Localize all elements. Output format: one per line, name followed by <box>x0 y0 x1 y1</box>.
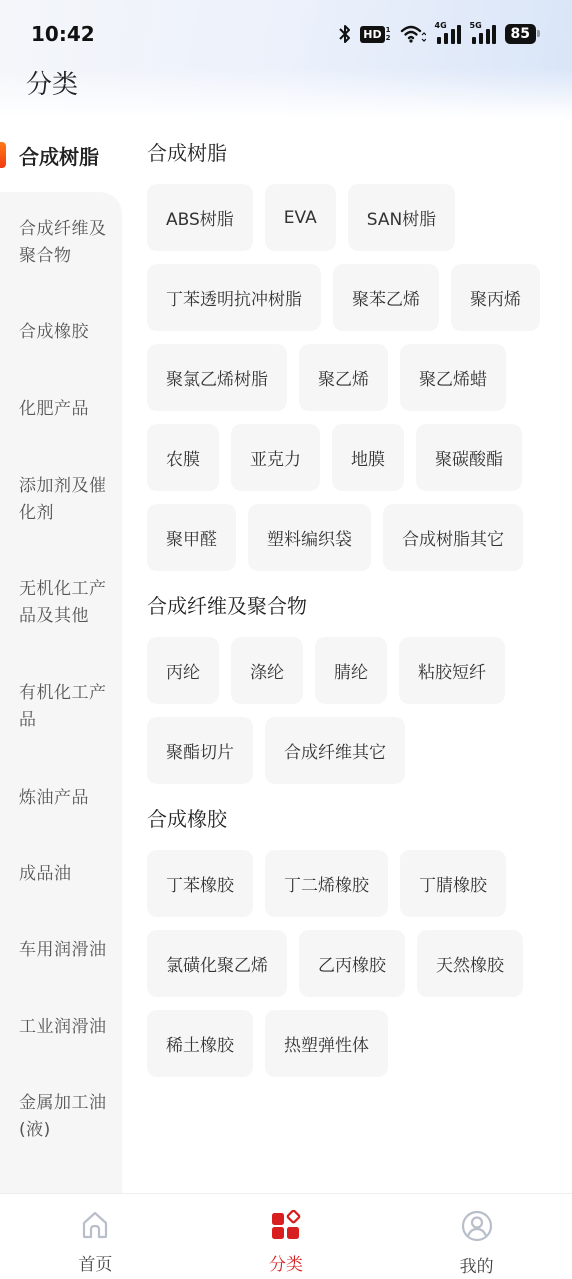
chip[interactable]: 丁二烯橡胶 <box>265 850 388 917</box>
chip-list: ABS树脂 EVA SAN树脂 丁苯透明抗冲树脂 聚苯乙烯 聚丙烯 聚氯乙烯树脂… <box>147 184 552 571</box>
section-title: 合成橡胶 <box>147 804 572 834</box>
sidebar-item-industrial-lubricant[interactable]: 工业润滑油 <box>19 1014 115 1041</box>
profile-icon <box>461 1210 493 1246</box>
tab-profile[interactable]: 我的 <box>381 1194 572 1279</box>
chip[interactable]: 合成纤维其它 <box>265 717 405 784</box>
header <box>0 0 572 118</box>
signal-4g-icon: 4G <box>435 24 461 44</box>
tab-label: 我的 <box>460 1252 494 1277</box>
sidebar-list: 合成纤维及聚合物 合成橡胶 化肥产品 添加剂及催化剂 无机化工产品及其他 有机化… <box>0 192 122 1193</box>
chip-list: 丁苯橡胶 丁二烯橡胶 丁腈橡胶 氯磺化聚乙烯 乙丙橡胶 天然橡胶 稀土橡胶 热塑… <box>147 850 552 1077</box>
status-time: 10:42 <box>31 22 95 46</box>
signal-5g-icon: 5G <box>470 24 496 44</box>
chip[interactable]: 丙纶 <box>147 637 219 704</box>
chip[interactable]: 丁苯透明抗冲树脂 <box>147 264 321 331</box>
section-synthetic-fiber: 合成纤维及聚合物 丙纶 涤纶 腈纶 粘胶短纤 聚酯切片 合成纤维其它 <box>147 591 572 784</box>
chip[interactable]: 稀土橡胶 <box>147 1010 253 1077</box>
chip[interactable]: 天然橡胶 <box>417 930 523 997</box>
section-synthetic-resin: 合成树脂 ABS树脂 EVA SAN树脂 丁苯透明抗冲树脂 聚苯乙烯 聚丙烯 聚… <box>147 138 572 571</box>
sidebar-item-metalworking-fluid[interactable]: 金属加工油(液) <box>19 1090 115 1144</box>
section-synthetic-rubber: 合成橡胶 丁苯橡胶 丁二烯橡胶 丁腈橡胶 氯磺化聚乙烯 乙丙橡胶 天然橡胶 稀土… <box>147 804 572 1077</box>
category-sidebar: 合成树脂 合成纤维及聚合物 合成橡胶 化肥产品 添加剂及催化剂 无机化工产品及其… <box>0 118 122 1193</box>
tab-label: 分类 <box>269 1250 303 1275</box>
chip[interactable]: 聚丙烯 <box>451 264 540 331</box>
sidebar-item-auto-lubricant[interactable]: 车用润滑油 <box>19 937 115 964</box>
chip[interactable]: 丁苯橡胶 <box>147 850 253 917</box>
chip[interactable]: 乙丙橡胶 <box>299 930 405 997</box>
tab-label: 首页 <box>78 1250 112 1275</box>
page-title: 分类 <box>26 64 78 101</box>
home-icon <box>80 1210 110 1244</box>
chip[interactable]: 腈纶 <box>315 637 387 704</box>
category-content: 合成树脂 ABS树脂 EVA SAN树脂 丁苯透明抗冲树脂 聚苯乙烯 聚丙烯 聚… <box>147 118 572 1193</box>
tab-category[interactable]: 分类 <box>191 1194 382 1279</box>
sidebar-item-fertilizer[interactable]: 化肥产品 <box>19 396 115 423</box>
chip[interactable]: 聚乙烯 <box>299 344 388 411</box>
chip[interactable]: 聚甲醛 <box>147 504 236 571</box>
wifi-icon <box>400 24 426 44</box>
section-title: 合成树脂 <box>147 138 572 168</box>
chip[interactable]: 聚酯切片 <box>147 717 253 784</box>
sidebar-item-inorganic[interactable]: 无机化工产品及其他 <box>19 576 115 630</box>
status-bar: 10:42 HD 12 <box>0 20 572 50</box>
sidebar-item-synthetic-resin[interactable]: 合成树脂 <box>0 118 122 192</box>
chip[interactable]: 粘胶短纤 <box>399 637 505 704</box>
chip[interactable]: 聚碳酸酯 <box>416 424 522 491</box>
bottom-tab-bar: 首页 分类 我的 <box>0 1193 572 1279</box>
chip[interactable]: SAN树脂 <box>348 184 455 251</box>
active-indicator <box>0 142 6 168</box>
sidebar-item-synthetic-rubber[interactable]: 合成橡胶 <box>19 319 115 346</box>
chip-list: 丙纶 涤纶 腈纶 粘胶短纤 聚酯切片 合成纤维其它 <box>147 637 552 784</box>
tab-home[interactable]: 首页 <box>0 1194 191 1279</box>
bluetooth-icon <box>339 24 351 44</box>
chip[interactable]: 亚克力 <box>231 424 320 491</box>
sidebar-item-refinery[interactable]: 炼油产品 <box>19 785 115 812</box>
category-icon <box>271 1210 301 1244</box>
chip[interactable]: 农膜 <box>147 424 219 491</box>
battery-icon: 85 <box>505 24 536 44</box>
sidebar-item-fuel-oil[interactable]: 成品油 <box>19 861 115 888</box>
status-icons: HD 12 4G <box>339 24 536 44</box>
section-title: 合成纤维及聚合物 <box>147 591 572 621</box>
chip[interactable]: 塑料编织袋 <box>248 504 371 571</box>
app-root: 10:42 HD 12 <box>0 0 572 1279</box>
chip[interactable]: 热塑弹性体 <box>265 1010 388 1077</box>
chip[interactable]: 聚氯乙烯树脂 <box>147 344 287 411</box>
chip[interactable]: 丁腈橡胶 <box>400 850 506 917</box>
chip[interactable]: 氯磺化聚乙烯 <box>147 930 287 997</box>
chip[interactable]: 地膜 <box>332 424 404 491</box>
hd-voice-icon: HD 12 <box>360 26 390 43</box>
sidebar-item-label: 合成树脂 <box>19 141 99 170</box>
sidebar-item-synthetic-fiber[interactable]: 合成纤维及聚合物 <box>19 216 115 270</box>
chip[interactable]: ABS树脂 <box>147 184 253 251</box>
chip[interactable]: 涤纶 <box>231 637 303 704</box>
chip[interactable]: 合成树脂其它 <box>383 504 523 571</box>
chip[interactable]: EVA <box>265 184 336 251</box>
chip[interactable]: 聚乙烯蜡 <box>400 344 506 411</box>
sidebar-item-additives[interactable]: 添加剂及催化剂 <box>19 473 115 527</box>
sidebar-item-organic[interactable]: 有机化工产品 <box>19 680 115 734</box>
chip[interactable]: 聚苯乙烯 <box>333 264 439 331</box>
